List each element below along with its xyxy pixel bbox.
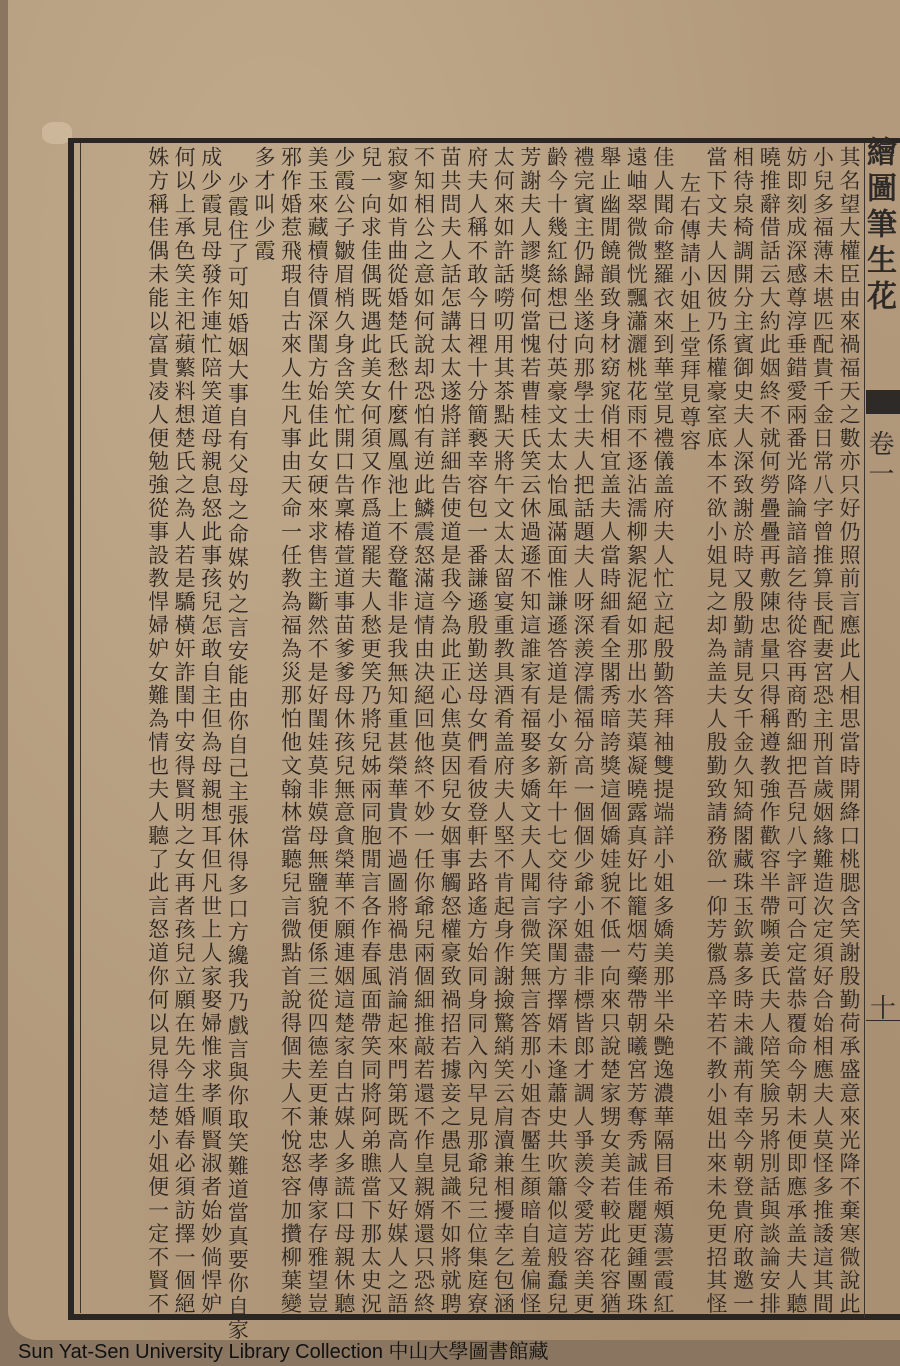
text-column: 齡今十幾紅絲想已付英豪文太太怡風滿面惟謙遜答道是小女新年十七交待字深閨方擇婿未逢…: [543, 146, 570, 1314]
collection-credit: Sun Yat-Sen University Library Collectio…: [18, 1335, 549, 1363]
text-column: 成少霞見母發作連忙陪笑道母親息怒此事孩兒怎敢自主但為母親想耳但凡世上人家娶婦惟求…: [197, 146, 224, 1314]
text-column: 少霞住了可知婚姻大事自有父母之命媒妁之言安能由你自己主張休得多口方纔我乃戲言與你…: [224, 146, 251, 1340]
text-column: 其名望大權臣由來禍福天之數亦只好仍照前言應此人相思當時開絳口桃腮含笑謝殷勤荷承盛…: [835, 146, 862, 1314]
text-column: 遠岫翠微微恍飄瀟灑桃花雨不逐沾濡柳絮泥絕如那出水芙蕖凝曉露真好比籠烟芍藥帶朝曦宮…: [623, 146, 650, 1314]
frame-right-rule: [864, 143, 865, 1318]
text-column: 少霞公子皺眉梢久身含笑忙開口告稟椿萱道事苗爹爹母休孩兒無意貪榮華不願連姻這楚家自…: [330, 146, 357, 1314]
text-column: 曉推辭借話云大約此姻終不就何勞疊疊再敷陳忠量只得稱遵教強作歡容半帶嚬姜氏夫人陪笑…: [756, 146, 783, 1314]
volume-label: 卷一: [868, 430, 898, 490]
text-column: 美玉來藏櫝待價深閨方始佳此女硬來求售主斷然不是好閨娃莫非嫫母無鹽貌便係三從四德差…: [304, 146, 331, 1314]
fishtail-mark: [866, 412, 900, 432]
margin-banner: 繪圖筆生花 卷一 十: [866, 130, 900, 1320]
text-column: 小兒多福薄未堪匹配貴千金日常八字曾推算長配妻宮恐主刑首歲姻緣難造次定須好合始相應…: [809, 146, 836, 1314]
text-column: 佳人聞命整羅衣來到華堂見禮儀盖府夫人忙立起殷勤答拜袖雙提端詳小姐多嬌美那半朵艷逸…: [649, 146, 676, 1314]
text-column: 姝方稱佳偶未能以富貴凌人便勉強從事設教悍婦妒女難為情也夫人聽了此言怒道你何以見得…: [144, 146, 171, 1314]
text-column: 多才叫少霞: [250, 146, 277, 1314]
text-body: 其名望大權臣由來禍福天之數亦只好仍照前言應此人相思當時開絳口桃腮含笑謝殷勤荷承盛…: [84, 146, 862, 1314]
text-column: 太何來如許話嘮叨用其茶點天將午文太太留宴重教具酒肴盖府夫人堅不肯起身作謝撿驚綃笑…: [490, 146, 517, 1314]
text-column: 禮完賓主仍歸坐遂向那學士夫人把話題夫人呀深羨淳儒福分高一個個少爺小姐盡非標皆郎才…: [569, 146, 596, 1314]
text-column: 何以上承色笑主祀蘋蘩料想楚氏之為人若是驕橫奸詐閨中安得賢明之女再者孩兒立願在先今…: [171, 146, 198, 1314]
fishtail-block: [866, 390, 900, 412]
text-column: 相待泉椅調開分主賓御史夫人深致謝於時又殷勤請見女千金久知綺閣藏珠玉欽慕多時未識荊…: [729, 146, 756, 1314]
text-column: 舉止幽閒饒韻致身材窈窕俏相宜盖夫人當時細看全閣秀暗誇獎這個嬌娃貌不低一向來只說楚…: [596, 146, 623, 1314]
text-column: 寂寥如肯曲從婚楚氏愁什麼鳳凰池上不登鼇非是我無知重甚榮華貴不過圖將禍患消論起來門…: [383, 146, 410, 1314]
text-column: 當下文夫人因彼乃係權豪室底本不欲小姐見之却為盖夫人殷勤致請務欲一仰芳徽爲辛若不教…: [702, 146, 729, 1314]
text-column: 芳謝夫人謬獎何當愧若曹桂氏笑云休過遜不知這誰家有福娶多嬌文夫人聞言微笑無言答那小…: [516, 146, 543, 1314]
text-column: 苗共問夫人話怎講太太遂將詳細告使道是我今為此正心焦莫因兒女姻事觸怒權豪致禍招若據…: [437, 146, 464, 1314]
text-column: 妨即刻成深感尊淳垂錯愛兩番光降論諳諳乞待從容再商酌細把吾兒八字評可合定當恭覆命今…: [782, 146, 809, 1314]
book-title: 繪圖筆生花: [866, 136, 900, 316]
frame-inner-rule: [80, 143, 81, 1313]
text-column: 兒一向求佳偶既遇此美女何須又作爲道罷夫人愁更笑乃將兒姊兩同胞閒言各作春風面帶笑同…: [357, 146, 384, 1314]
banner-rule: [866, 1020, 900, 1021]
text-column: 左右傳請小姐上堂拜見尊容: [676, 146, 703, 1340]
text-column: 邪作婚惹飛瑕自古來人生凡事由天命一任教為福為災那怕他文翰林當聽兒言微點首說得個夫…: [277, 146, 304, 1314]
text-column: 不知相公之意如何說却恐怕有逆此鱗震怒滿這情由决絕回他終不妙一任你爺兒兩個細推敲若…: [410, 146, 437, 1314]
text-column: 府夫人稱不敢今日裡十分簡褻幸容包一番謙遜殷勤送母女們看彼登軒去路遙方始同身同入內…: [463, 146, 490, 1314]
